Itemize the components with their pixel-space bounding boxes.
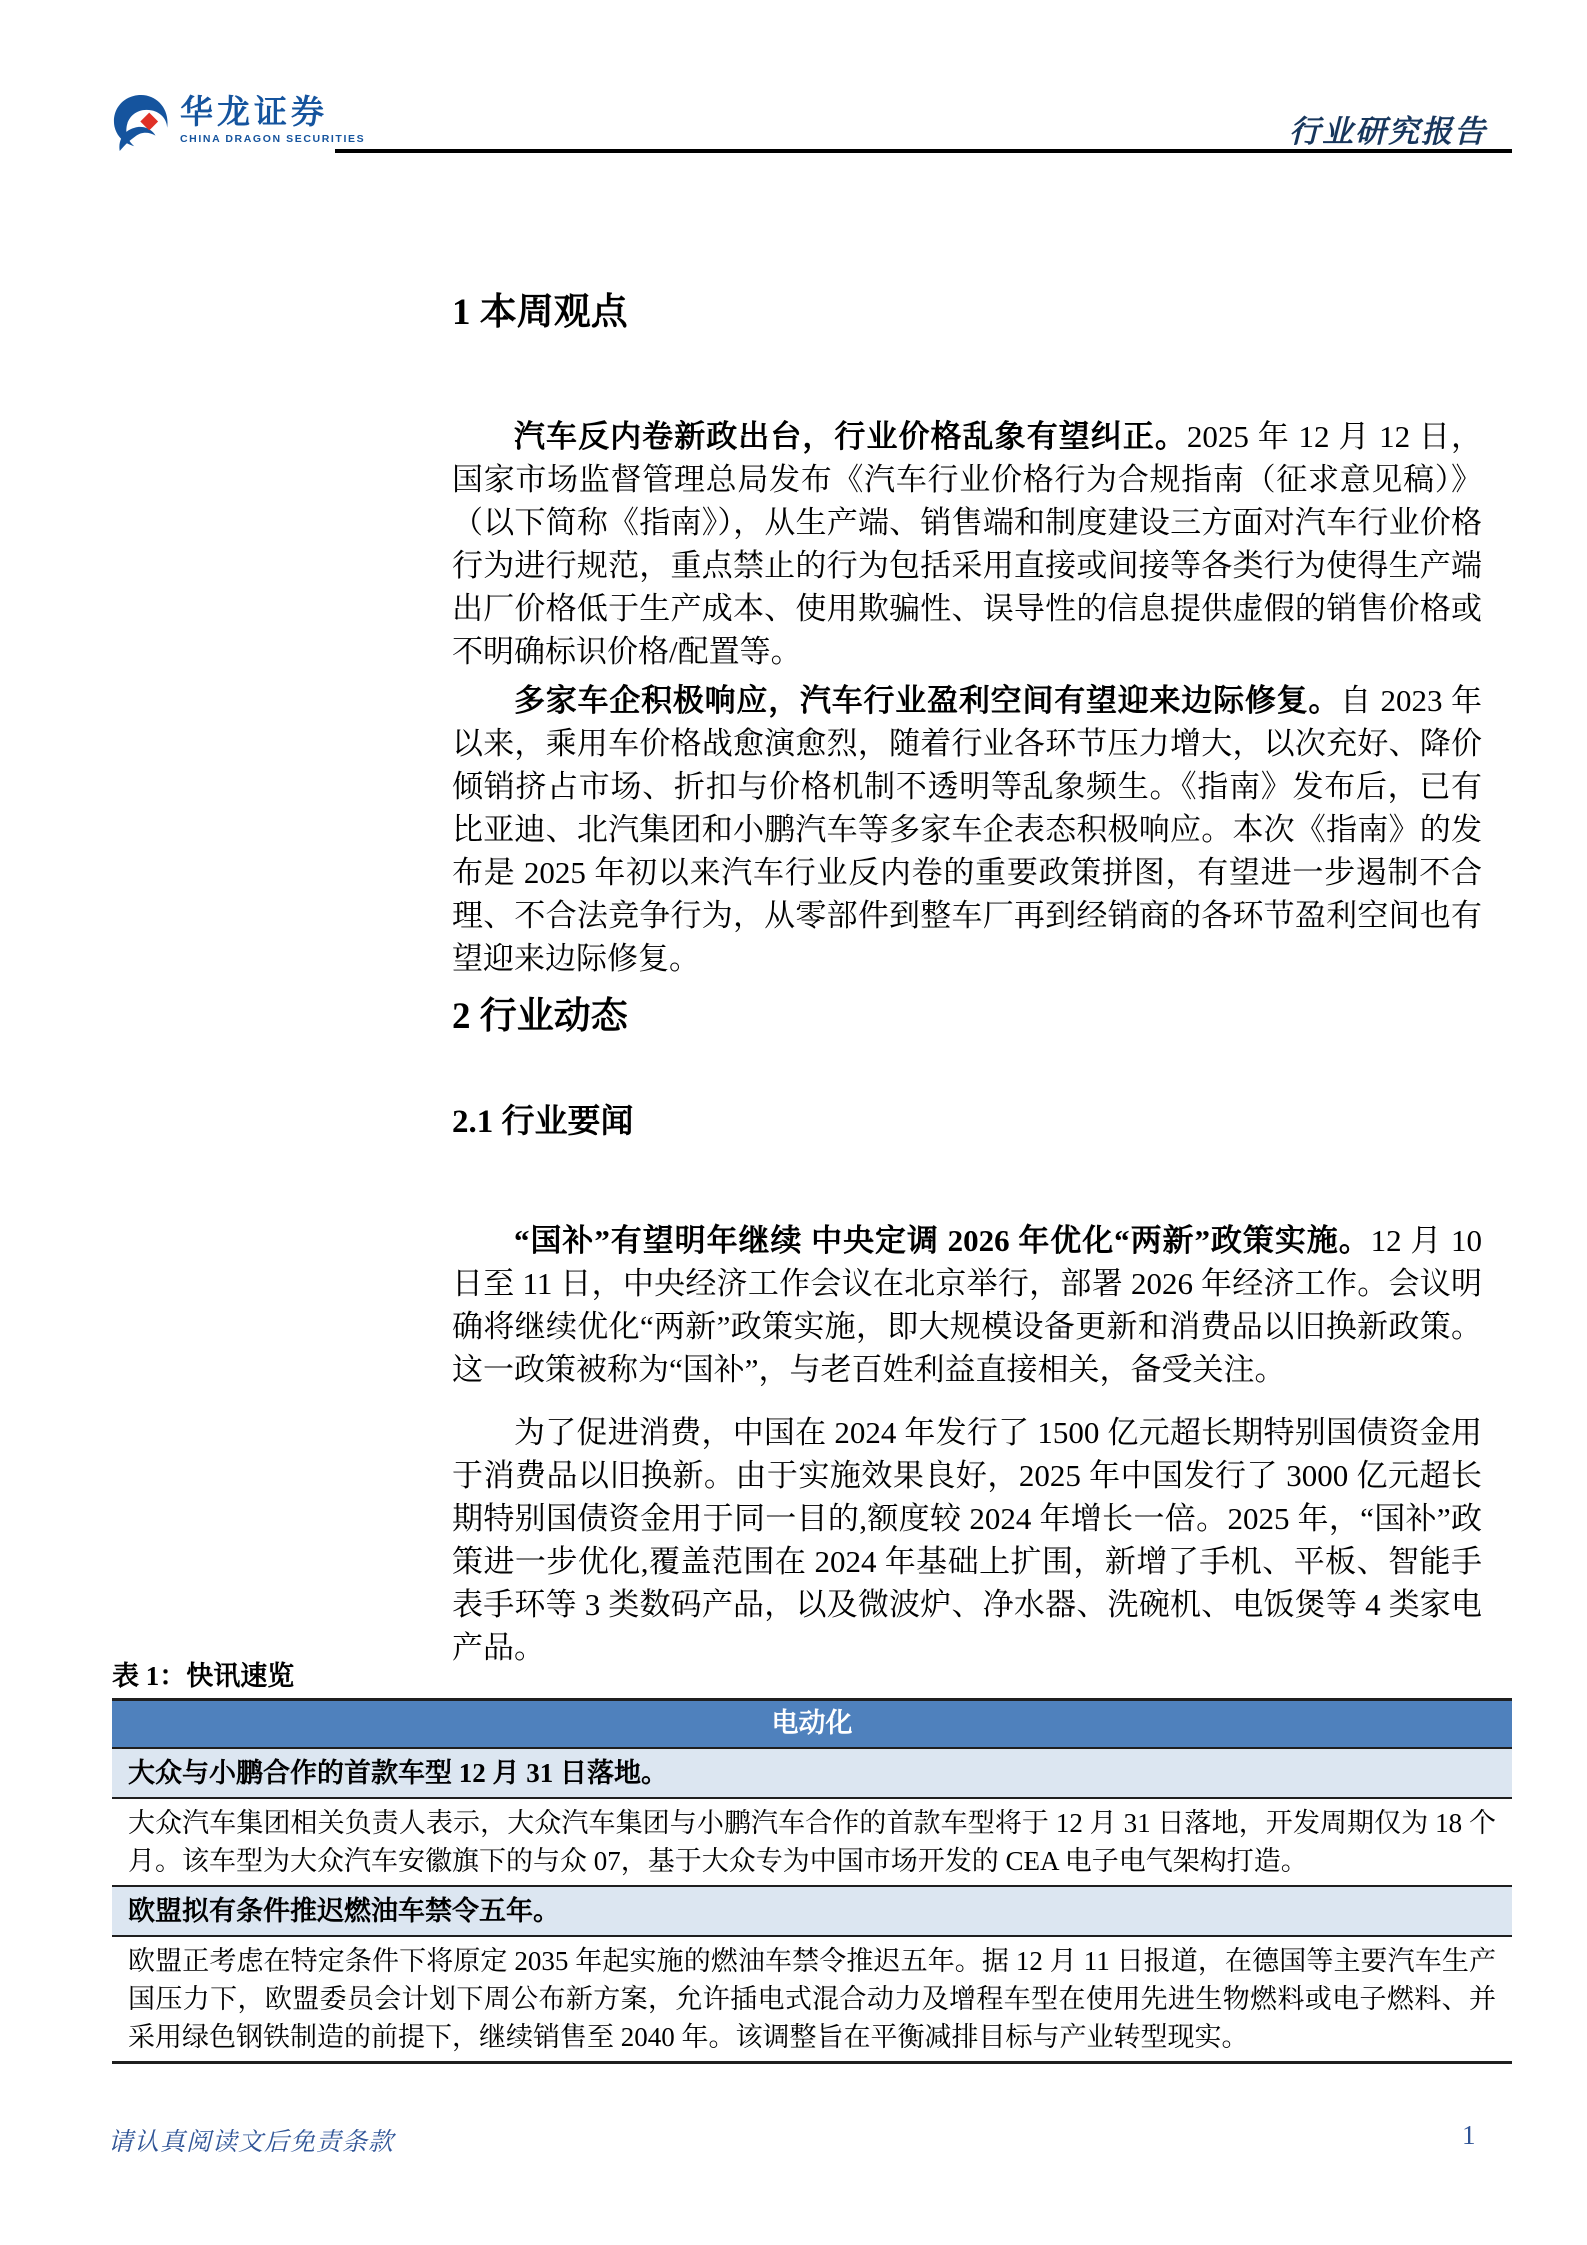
quick-news-table: 电动化 大众与小鹏合作的首款车型 12 月 31 日落地。 大众汽车集团相关负责… xyxy=(112,1698,1512,2064)
paragraph-guobu-policy: “国补”有望明年继续 中央定调 2026 年优化“两新”政策实施。12 月 10… xyxy=(452,1219,1482,1391)
paragraph-oem-response: 多家车企积极响应，汽车行业盈利空间有望迎来边际修复。自 2023 年以来，乘用车… xyxy=(452,679,1482,980)
paragraph-consumption-bonds: 为了促进消费，中国在 2024 年发行了 1500 亿元超长期特别国债资金用于消… xyxy=(452,1411,1482,1669)
table-category-header: 电动化 xyxy=(112,1701,1512,1749)
paragraph-auto-policy: 汽车反内卷新政出台，行业价格乱象有望纠正。2025 年 12 月 12 日，国家… xyxy=(452,415,1482,673)
report-type-label: 行业研究报告 xyxy=(1289,106,1487,151)
section-1-title: 1 本周观点 xyxy=(452,293,628,333)
paragraph-lead: 多家车企积极响应，汽车行业盈利空间有望迎来边际修复。 xyxy=(514,683,1340,718)
report-page: 华龙证券 CHINA DRAGON SECURITIES 行业研究报告 1 本周… xyxy=(0,0,1587,2245)
section-2-1-title: 2.1 行业要闻 xyxy=(452,1104,634,1140)
table-row-detail: 大众汽车集团相关负责人表示，大众汽车集团与小鹏汽车合作的首款车型将于 12 月 … xyxy=(112,1799,1512,1887)
section-2-title: 2 行业动态 xyxy=(452,997,628,1037)
brand-text: 华龙证券 CHINA DRAGON SECURITIES xyxy=(180,94,365,145)
brand-name-cn: 华龙证券 xyxy=(180,94,365,130)
brand-block: 华龙证券 CHINA DRAGON SECURITIES xyxy=(112,94,365,152)
table-row-headline: 欧盟拟有条件推迟燃油车禁令五年。 xyxy=(112,1887,1512,1937)
paragraph-lead: 汽车反内卷新政出台，行业价格乱象有望纠正。 xyxy=(514,419,1187,454)
table-row-detail: 欧盟正考虑在特定条件下将原定 2035 年起实施的燃油车禁令推迟五年。据 12 … xyxy=(112,1937,1512,2061)
header-divider xyxy=(335,149,1512,153)
brand-logo-icon xyxy=(112,94,170,152)
page-number: 1 xyxy=(1462,2120,1476,2151)
paragraph-body: 自 2023 年以来，乘用车价格战愈演愈烈，随着行业各环节压力增大，以次充好、降… xyxy=(452,683,1482,976)
paragraph-lead: “国补”有望明年继续 中央定调 2026 年优化“两新”政策实施。 xyxy=(514,1223,1371,1258)
paragraph-body: 为了促进消费，中国在 2024 年发行了 1500 亿元超长期特别国债资金用于消… xyxy=(452,1415,1482,1665)
brand-name-en: CHINA DRAGON SECURITIES xyxy=(180,133,365,145)
footer-disclaimer: 请认真阅读文后免责条款 xyxy=(108,2122,394,2158)
paragraph-body: 2025 年 12 月 12 日，国家市场监督管理总局发布《汽车行业价格行为合规… xyxy=(452,419,1482,669)
table-caption: 表 1：快讯速览 xyxy=(112,1654,294,1693)
table-row-headline: 大众与小鹏合作的首款车型 12 月 31 日落地。 xyxy=(112,1749,1512,1799)
